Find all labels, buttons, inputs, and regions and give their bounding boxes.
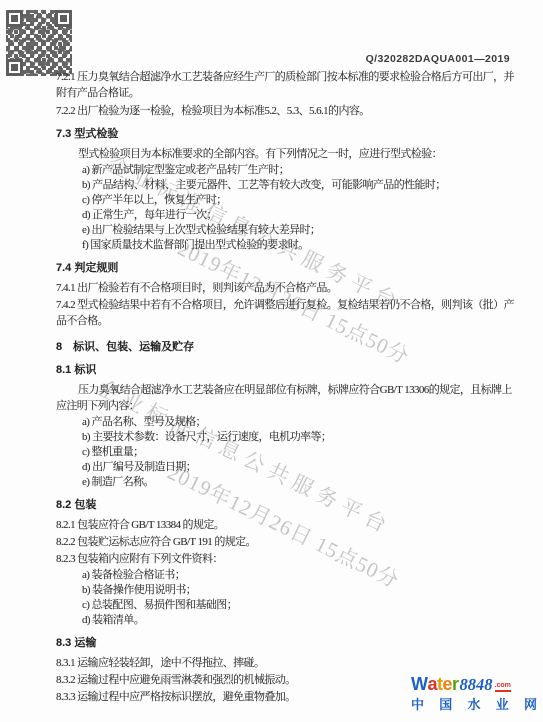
logo-letter: e [443, 675, 453, 693]
paragraph: 7.2.2 出厂检验为逐一检验，检验项目为本标准5.2、5.3、5.6.1的内容… [56, 103, 514, 119]
section-heading: 8.1 标识 [56, 362, 514, 378]
section-heading: 7.4 判定规则 [56, 260, 514, 276]
list-item: e) 出厂检验结果与上次型式检验结果有较大差异时； [82, 223, 514, 238]
logo-cn-char: 网 [524, 694, 537, 713]
paragraph: 7.2.1 压力臭氧结合超滤净水工艺装备应经生产厂的质检部门按本标准的要求检验合… [56, 69, 514, 101]
logo-cn-char: 业 [496, 694, 509, 713]
logo-cn-name: 中 国 水 业 网 [411, 694, 537, 713]
water8848-logo: W a t e r 8848 .com 中 国 水 业 网 [411, 675, 537, 713]
list-item: c) 整机重量； [82, 445, 514, 460]
list-item: b) 主要技术参数：设备尺寸，运行速度，电机功率等； [82, 430, 514, 445]
section-heading: 8.2 包装 [56, 497, 514, 513]
logo-number: 8848 [460, 676, 493, 693]
list-item: d) 出厂编号及制造日期； [82, 460, 514, 475]
list-item: b) 装备操作使用说明书； [82, 583, 514, 598]
logo-cn-char: 水 [467, 694, 480, 713]
logo-cn-char: 中 [411, 694, 424, 713]
paragraph: 8.2.2 包装贮运标志应符合 GB/T 191 的规定。 [56, 534, 514, 550]
list-item: a) 产品名称、型号及规格； [82, 415, 514, 430]
logo-letter: W [411, 675, 428, 693]
list-item: c) 停产半年以上，恢复生产时； [82, 193, 514, 208]
list-item: e) 制造厂名称。 [82, 475, 514, 490]
qr-finder-pattern [6, 10, 23, 27]
standard-number: Q/320282DAQUA001—2019 [366, 53, 510, 65]
list-item: b) 产品结构、材料、主要元器件、工艺等有较大改变，可能影响产品的性能时； [82, 178, 514, 193]
section-heading: 8 标识、包装、运输及贮存 [56, 339, 514, 355]
paragraph: 7.4.1 出厂检验若有不合格项目时，则判该产品为不合格产品。 [56, 280, 514, 296]
section-heading: 7.3 型式检验 [56, 126, 514, 142]
paragraph: 型式检验项目为本标准要求的全部内容。有下列情况之一时，应进行型式检验： [56, 146, 514, 162]
list-item: a) 新产品试制定型鉴定或老产品转厂生产时； [82, 163, 514, 178]
qr-finder-pattern [6, 59, 23, 76]
qr-finder-pattern [55, 10, 72, 27]
scanned-standard-page: Q/320282DAQUA001—2019 企业标准信息公共服务平台 2019年… [0, 0, 543, 722]
document-body: 7.2.1 压力臭氧结合超滤净水工艺装备应经生产厂的质检部门按本标准的要求检验合… [56, 69, 514, 706]
paragraph: 8.2.3 包装箱内应附有下列文件资料： [56, 551, 514, 567]
list-item: d) 装箱清单。 [82, 613, 514, 628]
qr-code [6, 10, 72, 76]
logo-letter: a [428, 675, 438, 693]
logo-wordmark: W a t e r 8848 .com [411, 675, 537, 693]
list-item: c) 总装配图、易损件图和基础图； [82, 598, 514, 613]
paragraph: 压力臭氧结合超滤净水工艺装备应在明显部位有标牌，标牌应符合GB/T 13306的… [56, 382, 514, 414]
logo-domain-suffix: .com [495, 682, 511, 692]
logo-letter: r [452, 675, 459, 693]
logo-cn-char: 国 [439, 694, 452, 713]
list-item: a) 装备检验合格证书； [82, 568, 514, 583]
section-heading: 8.3 运输 [56, 635, 514, 651]
paragraph: 8.2.1 包装应符合 GB/T 13384 的规定。 [56, 517, 514, 533]
list-item: f) 国家质量技术监督部门提出型式检验的要求时。 [82, 238, 514, 253]
list-item: d) 正常生产，每年进行一次； [82, 208, 514, 223]
paragraph: 8.3.1 运输应轻装轻卸，途中不得拖拉、摔碰。 [56, 655, 514, 671]
paragraph: 7.4.2 型式检验结果中若有不合格项目，允许调整后进行复检。复检结果若仍不合格… [56, 297, 514, 329]
